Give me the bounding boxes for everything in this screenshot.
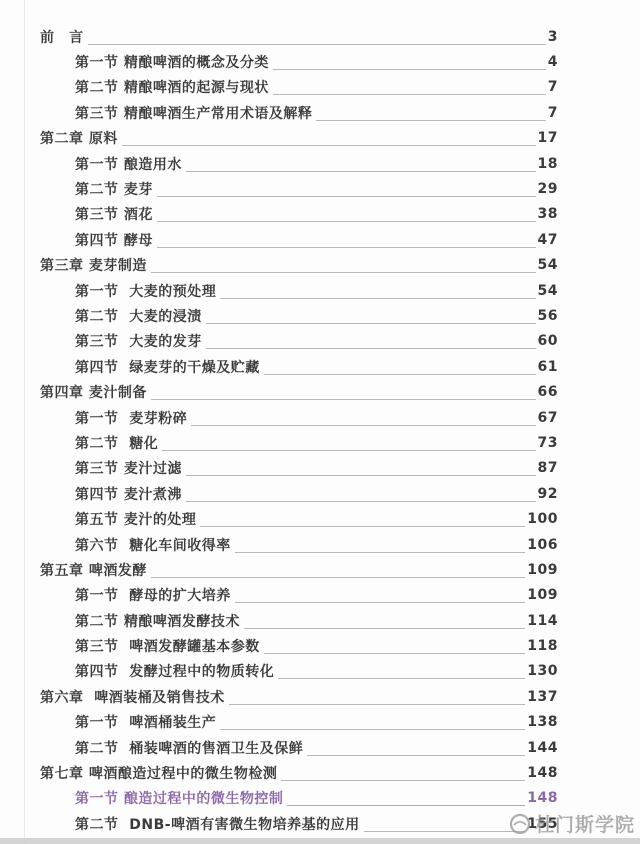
toc-entry-title: 第一节 大麦的预处理 [75,281,216,301]
watermark-text: 杜门斯学院 [535,810,635,837]
toc-entry[interactable]: 第三节 精酿啤酒生产常用术语及解释 7 [40,100,558,125]
toc-entry-page-number: 109 [527,587,558,603]
toc-entry-title: 第三节 麦汁过滤 [75,458,182,478]
toc-entry-page-number: 54 [538,283,558,299]
toc-entry-page-number: 4 [548,54,558,70]
dotted-leader [287,790,525,806]
toc-entry-title: 第二节 DNB-啤酒有害微生物培养基的应用 [75,814,360,834]
toc-entry[interactable]: 第五节 麦汁的处理 100 [40,506,558,531]
toc-entry-page-number: 66 [538,384,558,400]
toc-entry-page-number: 100 [527,511,558,527]
academy-logo-icon [508,812,532,836]
dotted-leader [235,537,526,553]
toc-entry-title: 第一节 麦芽粉碎 [75,408,187,428]
dotted-leader [186,156,536,172]
toc-entry-page-number: 3 [548,29,558,45]
dotted-leader [273,79,546,95]
toc-entry-title: 第四节 绿麦芽的干燥及贮藏 [75,357,260,377]
toc-entry-title: 第二节 精酿啤酒的起源与现状 [75,77,269,97]
dotted-leader [157,232,536,248]
toc-list: 前 言 3 第一节 精酿啤酒的概念及分类 4 第二节 精酿啤酒的起源与现状 7 … [0,24,640,837]
dotted-leader [162,435,535,451]
toc-entry-page-number: 114 [527,613,558,629]
dotted-leader [278,663,525,679]
dotted-leader [191,410,535,426]
toc-entry[interactable]: 第一节 酵母的扩大培养 109 [40,583,558,608]
dotted-leader [200,511,525,527]
toc-entry-title: 第五节 麦汁的处理 [75,509,196,529]
toc-entry[interactable]: 第七章 啤酒酿造过程中的微生物检测 148 [40,760,558,785]
toc-entry-title: 第六章 啤酒装桶及销售技术 [40,687,225,707]
dotted-leader [264,638,526,654]
toc-entry-page-number: 109 [527,562,558,578]
toc-entry-title: 第二节 精酿啤酒发酵技术 [75,611,240,631]
dotted-leader [220,714,525,730]
toc-entry-page-number: 138 [527,714,558,730]
dotted-leader [186,486,536,502]
toc-entry[interactable]: 第四节 绿麦芽的干燥及贮藏 61 [40,354,558,379]
toc-entry-page-number: 60 [538,333,558,349]
toc-entry[interactable]: 第三章 麦芽制造 54 [40,253,558,278]
toc-entry-title: 第一节 精酿啤酒的概念及分类 [75,52,269,72]
toc-entry-page-number: 47 [538,232,558,248]
dotted-leader [316,105,545,121]
toc-entry[interactable]: 第二节 DNB-啤酒有害微生物培养基的应用 155 [40,811,558,836]
dotted-leader [220,283,535,299]
dotted-leader [151,257,536,273]
dotted-leader [244,613,525,629]
dotted-leader [307,740,525,756]
toc-entry-title: 第三节 酒花 [75,204,153,224]
toc-entry-page-number: 87 [538,460,558,476]
toc-entry[interactable]: 第一节 啤酒桶装生产 138 [40,710,558,735]
dotted-leader [206,333,536,349]
toc-entry[interactable]: 第一节 精酿啤酒的概念及分类 4 [40,49,558,74]
toc-entry[interactable]: 第四节 麦汁煮沸 92 [40,481,558,506]
toc-entry-title: 第五章 啤酒发酵 [40,560,147,580]
toc-entry-page-number: 137 [527,689,558,705]
toc-entry-page-number: 118 [527,638,558,654]
dotted-leader [157,206,536,222]
toc-entry-title: 第七章 啤酒酿造过程中的微生物检测 [40,763,277,783]
toc-entry-page-number: 73 [538,435,558,451]
toc-entry-page-number: 29 [538,181,558,197]
toc-entry-title: 第二节 桶装啤酒的售酒卫生及保鲜 [75,738,303,758]
toc-entry[interactable]: 第二节 麦芽 29 [40,176,558,201]
toc-entry[interactable]: 第三节 大麦的发芽 60 [40,329,558,354]
dotted-leader [235,587,526,603]
toc-entry[interactable]: 第一节 麦芽粉碎 67 [40,405,558,430]
toc-entry-page-number: 148 [527,765,558,781]
toc-entry-page-number: 130 [527,663,558,679]
dotted-leader [273,54,546,70]
toc-entry[interactable]: 第二节 大麦的浸渍 56 [40,303,558,328]
toc-entry[interactable]: 第二节 精酿啤酒的起源与现状 7 [40,75,558,100]
toc-entry[interactable]: 第一节 大麦的预处理 54 [40,278,558,303]
toc-entry-title: 第二节 糖化 [75,433,158,453]
toc-entry-page-number: 17 [538,130,558,146]
toc-entry-title: 第四节 酵母 [75,230,153,250]
toc-entry-page-number: 61 [538,359,558,375]
toc-entry-page-number: 56 [538,308,558,324]
scan-edge-band [0,838,640,844]
toc-entry-page-number: 7 [548,105,558,121]
toc-entry[interactable]: 第六章 啤酒装桶及销售技术 137 [40,684,558,709]
watermark: 杜门斯学院 [508,810,635,837]
toc-entry-page-number: 67 [538,410,558,426]
dotted-leader [264,359,536,375]
toc-entry[interactable]: 第二节 桶装啤酒的售酒卫生及保鲜 144 [40,735,558,760]
toc-entry-title: 第四章 麦汁制备 [40,382,147,402]
toc-entry-title: 第二节 大麦的浸渍 [75,306,202,326]
toc-entry-page-number: 7 [548,79,558,95]
toc-entry[interactable]: 第五章 啤酒发酵 109 [40,557,558,582]
toc-entry-title: 第一节 酿造过程中的微生物控制 [75,788,283,808]
dotted-leader [186,460,536,476]
toc-entry[interactable]: 第四节 酵母 47 [40,227,558,252]
dotted-leader [281,765,525,781]
dotted-leader [229,689,526,705]
toc-entry-page-number: 92 [538,486,558,502]
toc-entry-title: 第二节 麦芽 [75,179,153,199]
toc-entry-title: 第六节 糖化车间收得率 [75,535,231,555]
toc-entry-page-number: 54 [538,257,558,273]
toc-entry-title: 第一节 酵母的扩大培养 [75,585,231,605]
dotted-leader [151,562,525,578]
toc-entry[interactable]: 第一节 酿造用水 18 [40,151,558,176]
toc-entry[interactable]: 第二章 原料 17 [40,126,558,151]
toc-entry-page-number: 18 [538,156,558,172]
toc-entry[interactable]: 第三节 啤酒发酵罐基本参数 118 [40,633,558,658]
dotted-leader [206,308,536,324]
toc-entry-page-number: 106 [527,537,558,553]
toc-entry[interactable]: 第三节 麦汁过滤 87 [40,456,558,481]
toc-entry-title: 第一节 啤酒桶装生产 [75,712,216,732]
toc-entry[interactable]: 第四节 发酵过程中的物质转化 130 [40,659,558,684]
toc-entry[interactable]: 第六节 糖化车间收得率 106 [40,532,558,557]
toc-entry-title: 第二章 原料 [40,128,118,148]
dotted-leader [88,29,546,45]
toc-entry-title: 第四节 麦汁煮沸 [75,484,182,504]
dotted-leader [364,816,526,832]
toc-entry[interactable]: 第四章 麦汁制备 66 [40,379,558,404]
toc-entry-page-number: 148 [527,790,558,806]
toc-entry[interactable]: 前 言 3 [40,24,558,49]
toc-entry-title: 第一节 酿造用水 [75,154,182,174]
toc-entry-title: 第四节 发酵过程中的物质转化 [75,661,274,681]
toc-entry-page-number: 144 [527,740,558,756]
toc-entry-page-number: 38 [538,206,558,222]
toc-entry-title: 第三节 啤酒发酵罐基本参数 [75,636,260,656]
toc-entry[interactable]: 第一节 酿造过程中的微生物控制 148 [40,786,558,811]
toc-entry[interactable]: 第三节 酒花 38 [40,202,558,227]
dotted-leader [151,384,536,400]
toc-entry-title: 第三节 精酿啤酒生产常用术语及解释 [75,103,312,123]
dotted-leader [157,181,536,197]
toc-entry[interactable]: 第二节 糖化 73 [40,430,558,455]
toc-entry[interactable]: 第二节 精酿啤酒发酵技术 114 [40,608,558,633]
toc-entry-title: 第三节 大麦的发芽 [75,331,202,351]
toc-entry-title: 第三章 麦芽制造 [40,255,147,275]
toc-entry-title: 前 言 [40,27,84,47]
dotted-leader [122,130,536,146]
toc-page: 前 言 3 第一节 精酿啤酒的概念及分类 4 第二节 精酿啤酒的起源与现状 7 … [0,0,640,844]
